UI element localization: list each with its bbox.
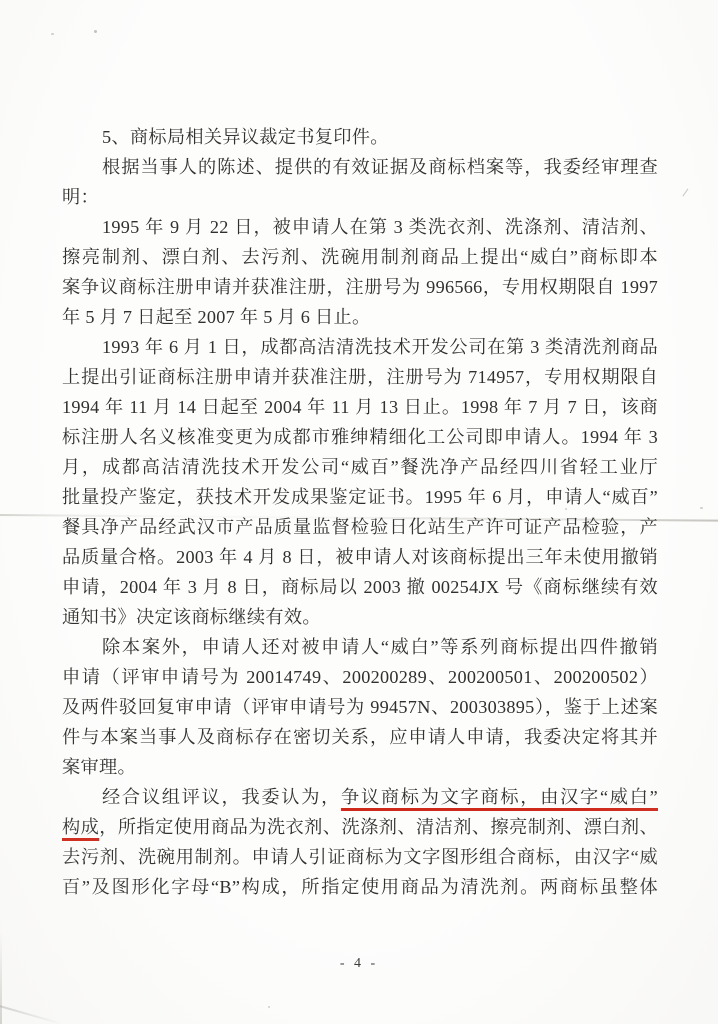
text-line: 经合议组评议，我委认为，争议商标为文字商标，由汉字“威白” (62, 782, 658, 812)
text-run: 上提出引证商标注册申请并获准注册，注册号为 714957，专用权期限自 (62, 367, 658, 387)
text-line: 批量投产鉴定，获技术开发成果鉴定证书。1995 年 6 月，申请人“威百” (62, 482, 658, 512)
text-line: 明： (62, 182, 658, 212)
scan-speck (94, 30, 97, 33)
text-run: 及两件驳回复审申请（评审申请号为 99457N、200303895），鉴于上述案 (62, 697, 658, 717)
text-line: 申请，2004 年 3 月 8 日，商标局以 2003 撤 00254JX 号《… (62, 572, 658, 602)
text-run: 根据当事人的陈述、提供的有效证据及商标档案等，我委经审理查 (102, 157, 658, 177)
text-line: 餐具净产品经武汉市产品质量监督检验日化站生产许可证产品检验，产 (62, 512, 658, 542)
text-line: 5、商标局相关异议裁定书复印件。 (62, 122, 658, 152)
text-run: 通知书》决定该商标继续有效。 (62, 607, 321, 627)
text-run: 去污剂、洗碗用制剂。申请人引证商标为文字图形组合商标，由汉字“威 (62, 847, 658, 867)
text-line: 构成，所指定使用商品为洗衣剂、洗涤剂、清洁剂、擦亮制剂、漂白剂、 (62, 812, 658, 842)
text-run: 1994 年 11 月 14 日起至 2004 年 11 月 13 日止。199… (62, 397, 658, 417)
text-run: 餐具净产品经武汉市产品质量监督检验日化站生产许可证产品检验，产 (62, 517, 658, 537)
text-line: 案争议商标注册申请并获准注册，注册号为 996566，专用权期限自 1997 (62, 272, 658, 302)
scanned-document-page: 5、商标局相关异议裁定书复印件。根据当事人的陈述、提供的有效证据及商标档案等，我… (0, 0, 718, 1024)
text-run: 1995 年 9 月 22 日，被申请人在第 3 类洗衣剂、洗涤剂、清洁剂、 (102, 217, 658, 237)
text-line: 1993 年 6 月 1 日，成都高洁清洗技术开发公司在第 3 类清洗剂商品 (62, 332, 658, 362)
text-line: 上提出引证商标注册申请并获准注册，注册号为 714957，专用权期限自 (62, 362, 658, 392)
paper-crease-bottom-left (0, 1004, 63, 1024)
text-line: 百”及图形化字母“B”构成，所指定使用商品为清洗剂。两商标虽整体 (62, 872, 658, 902)
text-run: 件与本案当事人及商标存在密切关系，应申请人申请，我委决定将其并 (62, 727, 658, 747)
text-run: ，所指定使用商品为洗衣剂、洗涤剂、清洁剂、擦亮制剂、漂白剂、 (99, 817, 658, 837)
red-underlined-text: 构成 (62, 817, 99, 837)
text-line: 申请（评审申请号为 20014749、200200289、200200501、2… (62, 662, 658, 692)
text-run: 标注册人名义核准变更为成都市雅绅精细化工公司即申请人。1994 年 3 (62, 427, 658, 447)
text-run: 案审理。 (62, 757, 136, 777)
scan-scratch-mark (682, 189, 688, 197)
scan-speck (51, 33, 54, 35)
scan-speck (700, 507, 703, 509)
page-number: - 4 - (0, 956, 718, 972)
text-line: 年 5 月 7 日起至 2007 年 5 月 6 日止。 (62, 302, 658, 332)
text-run: 5、商标局相关异议裁定书复印件。 (102, 127, 389, 147)
text-line: 除本案外，申请人还对被申请人“威白”等系列商标提出四件撤销 (62, 632, 658, 662)
text-run: 申请，2004 年 3 月 8 日，商标局以 2003 撤 00254JX 号《… (62, 577, 658, 597)
text-run: 擦亮制剂、漂白剂、去污剂、洗碗用制剂商品上提出“威白”商标即本 (62, 247, 658, 267)
text-run: 百”及图形化字母“B”构成，所指定使用商品为清洗剂。两商标虽整体 (62, 877, 658, 897)
text-run: 年 5 月 7 日起至 2007 年 5 月 6 日止。 (62, 307, 371, 327)
text-run: 经合议组评议，我委认为， (102, 787, 341, 807)
text-run: 品质量合格。2003 年 4 月 8 日，被申请人对该商标提出三年未使用撤销 (62, 547, 658, 567)
text-run: 案争议商标注册申请并获准注册，注册号为 996566，专用权期限自 1997 (62, 277, 658, 297)
text-run: 月，成都高洁清洗技术开发公司“威百”餐洗净产品经四川省轻工业厅 (62, 457, 658, 477)
text-run: 申请（评审申请号为 20014749、200200289、200200501、2… (62, 667, 658, 687)
red-underlined-text: 争议商标为文字商标，由汉字“威白” (341, 787, 658, 807)
text-line: 月，成都高洁清洗技术开发公司“威百”餐洗净产品经四川省轻工业厅 (62, 452, 658, 482)
text-line: 1994 年 11 月 14 日起至 2004 年 11 月 13 日止。199… (62, 392, 658, 422)
text-line: 去污剂、洗碗用制剂。申请人引证商标为文字图形组合商标，由汉字“威 (62, 842, 658, 872)
text-run: 批量投产鉴定，获技术开发成果鉴定证书。1995 年 6 月，申请人“威百” (62, 487, 658, 507)
text-line: 1995 年 9 月 22 日，被申请人在第 3 类洗衣剂、洗涤剂、清洁剂、 (62, 212, 658, 242)
text-run: 除本案外，申请人还对被申请人“威白”等系列商标提出四件撤销 (102, 637, 658, 657)
text-line: 擦亮制剂、漂白剂、去污剂、洗碗用制剂商品上提出“威白”商标即本 (62, 242, 658, 272)
scan-edge-shadow (0, 930, 2, 1024)
text-line: 案审理。 (62, 752, 658, 782)
text-line: 标注册人名义核准变更为成都市雅绅精细化工公司即申请人。1994 年 3 (62, 422, 658, 452)
text-run: 1993 年 6 月 1 日，成都高洁清洗技术开发公司在第 3 类清洗剂商品 (102, 337, 658, 357)
text-line: 根据当事人的陈述、提供的有效证据及商标档案等，我委经审理查 (62, 152, 658, 182)
text-block: 5、商标局相关异议裁定书复印件。根据当事人的陈述、提供的有效证据及商标档案等，我… (62, 122, 658, 902)
text-run: 明： (62, 187, 99, 207)
text-line: 件与本案当事人及商标存在密切关系，应申请人申请，我委决定将其并 (62, 722, 658, 752)
scan-speck (268, 1006, 270, 1008)
text-line: 及两件驳回复审申请（评审申请号为 99457N、200303895），鉴于上述案 (62, 692, 658, 722)
text-line: 品质量合格。2003 年 4 月 8 日，被申请人对该商标提出三年未使用撤销 (62, 542, 658, 572)
text-line: 通知书》决定该商标继续有效。 (62, 602, 658, 632)
